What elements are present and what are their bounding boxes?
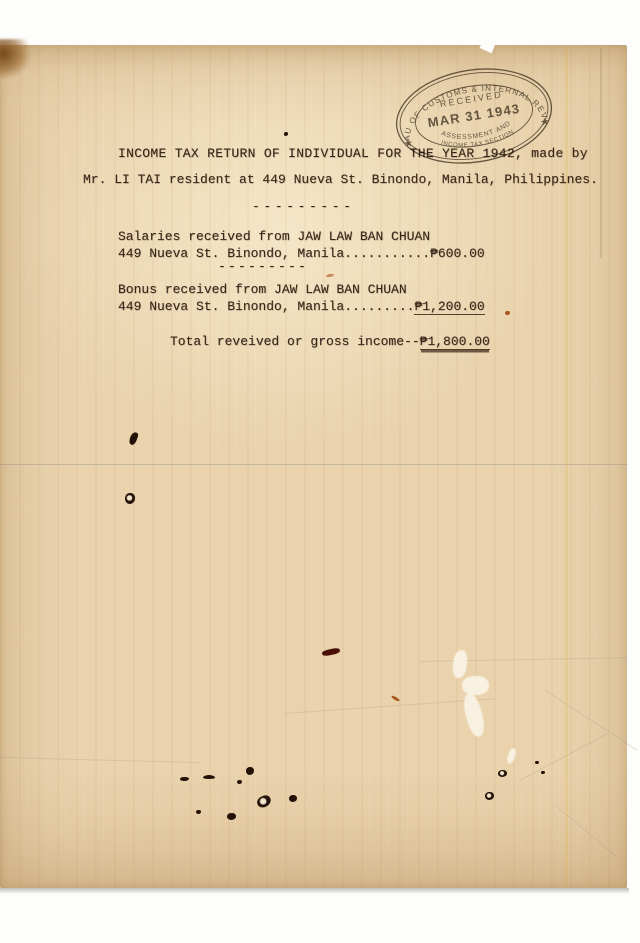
paper-edge-vignette bbox=[0, 45, 627, 888]
paper-bottom-shadow bbox=[0, 888, 629, 895]
scanned-document-canvas: INCOME TAX RETURN OF INDIVIDUAL FOR THE … bbox=[0, 0, 640, 943]
document-paper: INCOME TAX RETURN OF INDIVIDUAL FOR THE … bbox=[0, 45, 627, 888]
